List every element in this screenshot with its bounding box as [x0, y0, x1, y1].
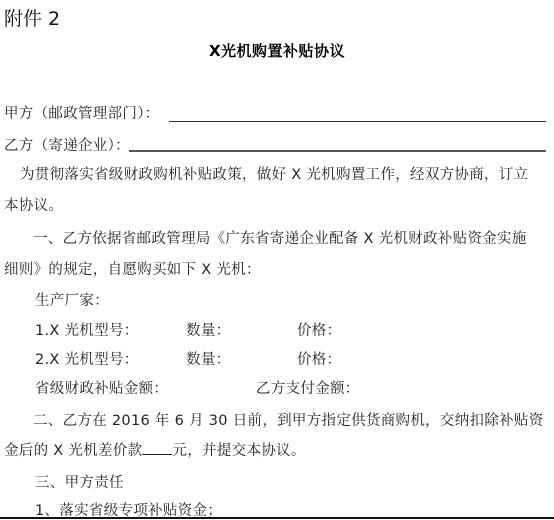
- item2-model-label: 2.X 光机型号：: [35, 348, 139, 369]
- section2-line-2-before: 金后的 X 光机差价款: [4, 443, 142, 459]
- payment-amount-label: 乙方支付金额：: [256, 377, 360, 398]
- section2-line-2-after: 元，并提交本协议。: [172, 443, 305, 459]
- intro-line-1: 为贯彻落实省级财政购机补贴政策，做好 X 光机购置工作，经双方协商，订立: [20, 163, 528, 184]
- section3-heading: 三、甲方责任: [35, 471, 124, 492]
- section2-line-1: 二、乙方在 2016 年 6 月 30 日前，到甲方指定供货商购机，交纳扣除补贴…: [33, 409, 544, 430]
- party-b-field[interactable]: [129, 150, 546, 152]
- party-a-label: 甲方（邮政管理部门）：: [4, 102, 160, 123]
- item1-model-label: 1.X 光机型号：: [35, 319, 139, 340]
- bottom-rule: [0, 517, 554, 519]
- party-a-field[interactable]: [169, 121, 546, 122]
- item2-price-label: 价格：: [297, 348, 341, 369]
- manufacturer-label: 生产厂家：: [35, 289, 109, 310]
- document-title: X光机购置补贴协议: [0, 40, 554, 61]
- subsidy-amount-label: 省级财政补贴金额：: [35, 377, 168, 398]
- party-b-label: 乙方（寄递企业）：: [4, 134, 130, 155]
- attachment-label: 附件 2: [4, 4, 60, 31]
- section2-line-2: 金后的 X 光机差价款元，并提交本协议。: [4, 439, 306, 460]
- price-difference-blank[interactable]: [142, 440, 172, 455]
- intro-line-2: 本协议。: [4, 194, 63, 215]
- item1-price-label: 价格：: [297, 319, 341, 340]
- item1-qty-label: 数量：: [186, 319, 230, 340]
- section1-line-1: 一、乙方依据省邮政管理局《广东省寄递企业配备 X 光机财政补贴资金实施: [33, 227, 527, 248]
- item2-qty-label: 数量：: [186, 348, 230, 369]
- section1-line-2: 细则》的规定，自愿购买如下 X 光机：: [4, 258, 261, 279]
